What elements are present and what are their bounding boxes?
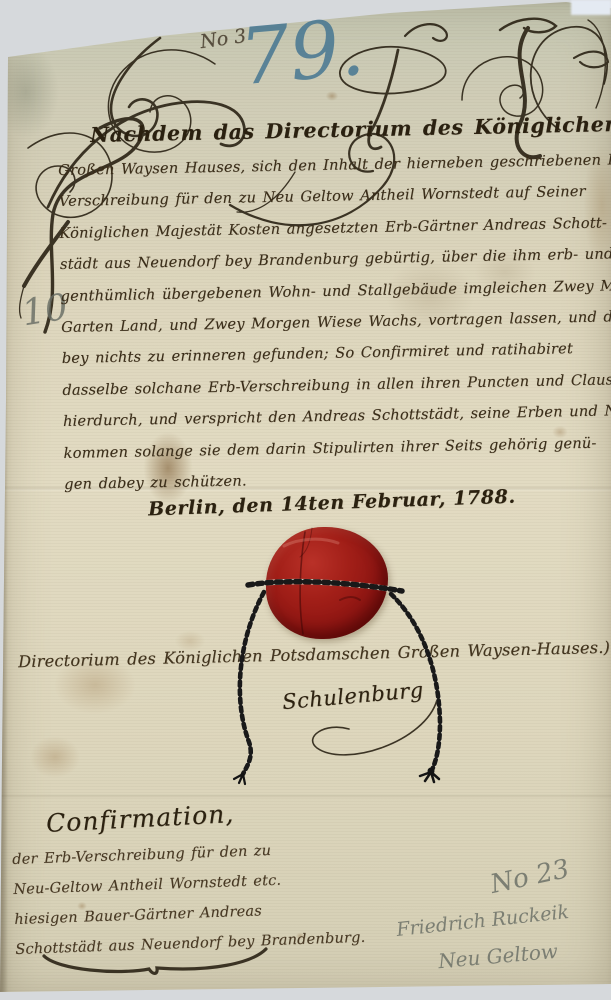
body-text: Großen Waysen Hauses, sich den Inhalt de…	[58, 151, 611, 507]
blue-crayon-number: 79.	[237, 9, 367, 98]
corner-light-patch	[571, 0, 611, 15]
document-scan: No 3 79. 10 Nachdem das Directorium des …	[0, 0, 611, 1000]
confirmation-text: der Erb-Verschreibung für den zu Neu-Gel…	[12, 840, 366, 972]
